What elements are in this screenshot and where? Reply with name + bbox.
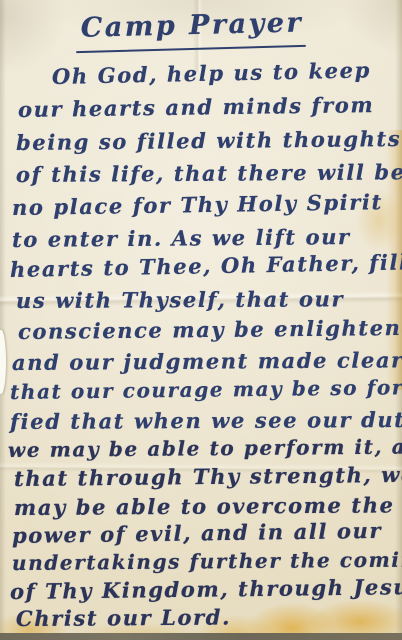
- handwritten-line: that through Thy strength, we: [14, 462, 402, 491]
- handwritten-line: conscience may be enlightened: [18, 315, 402, 344]
- handwritten-line: fied that when we see our duty: [10, 407, 402, 434]
- note-title: Camp Prayer: [72, 7, 313, 44]
- handwritten-line: us with Thyself, that our: [16, 286, 344, 313]
- handwritten-line: to enter in. As we lift our: [12, 224, 351, 252]
- handwritten-line: we may be able to perform it, and: [8, 434, 402, 462]
- handwritten-line: being so filled with thoughts: [16, 126, 401, 155]
- handwritten-line: our hearts and minds from: [18, 92, 375, 122]
- paper-bottom-edge: [0, 633, 402, 640]
- handwritten-line: Christ our Lord.: [16, 604, 231, 631]
- handwritten-line: of Thy Kingdom, through Jesus: [10, 574, 402, 604]
- handwritten-line: and our judgment made clear,: [12, 347, 402, 375]
- handwritten-line: undertakings further the coming: [12, 547, 402, 575]
- scanned-note: Camp Prayer Oh God, help us to keep our …: [0, 0, 402, 640]
- handwritten-line: power of evil, and in all our: [12, 518, 382, 548]
- handwritten-line: that our courage may be so forti-: [10, 375, 402, 404]
- handwritten-line: may be able to overcome the: [14, 492, 395, 520]
- handwritten-line: of this life, that there will be-: [16, 159, 402, 187]
